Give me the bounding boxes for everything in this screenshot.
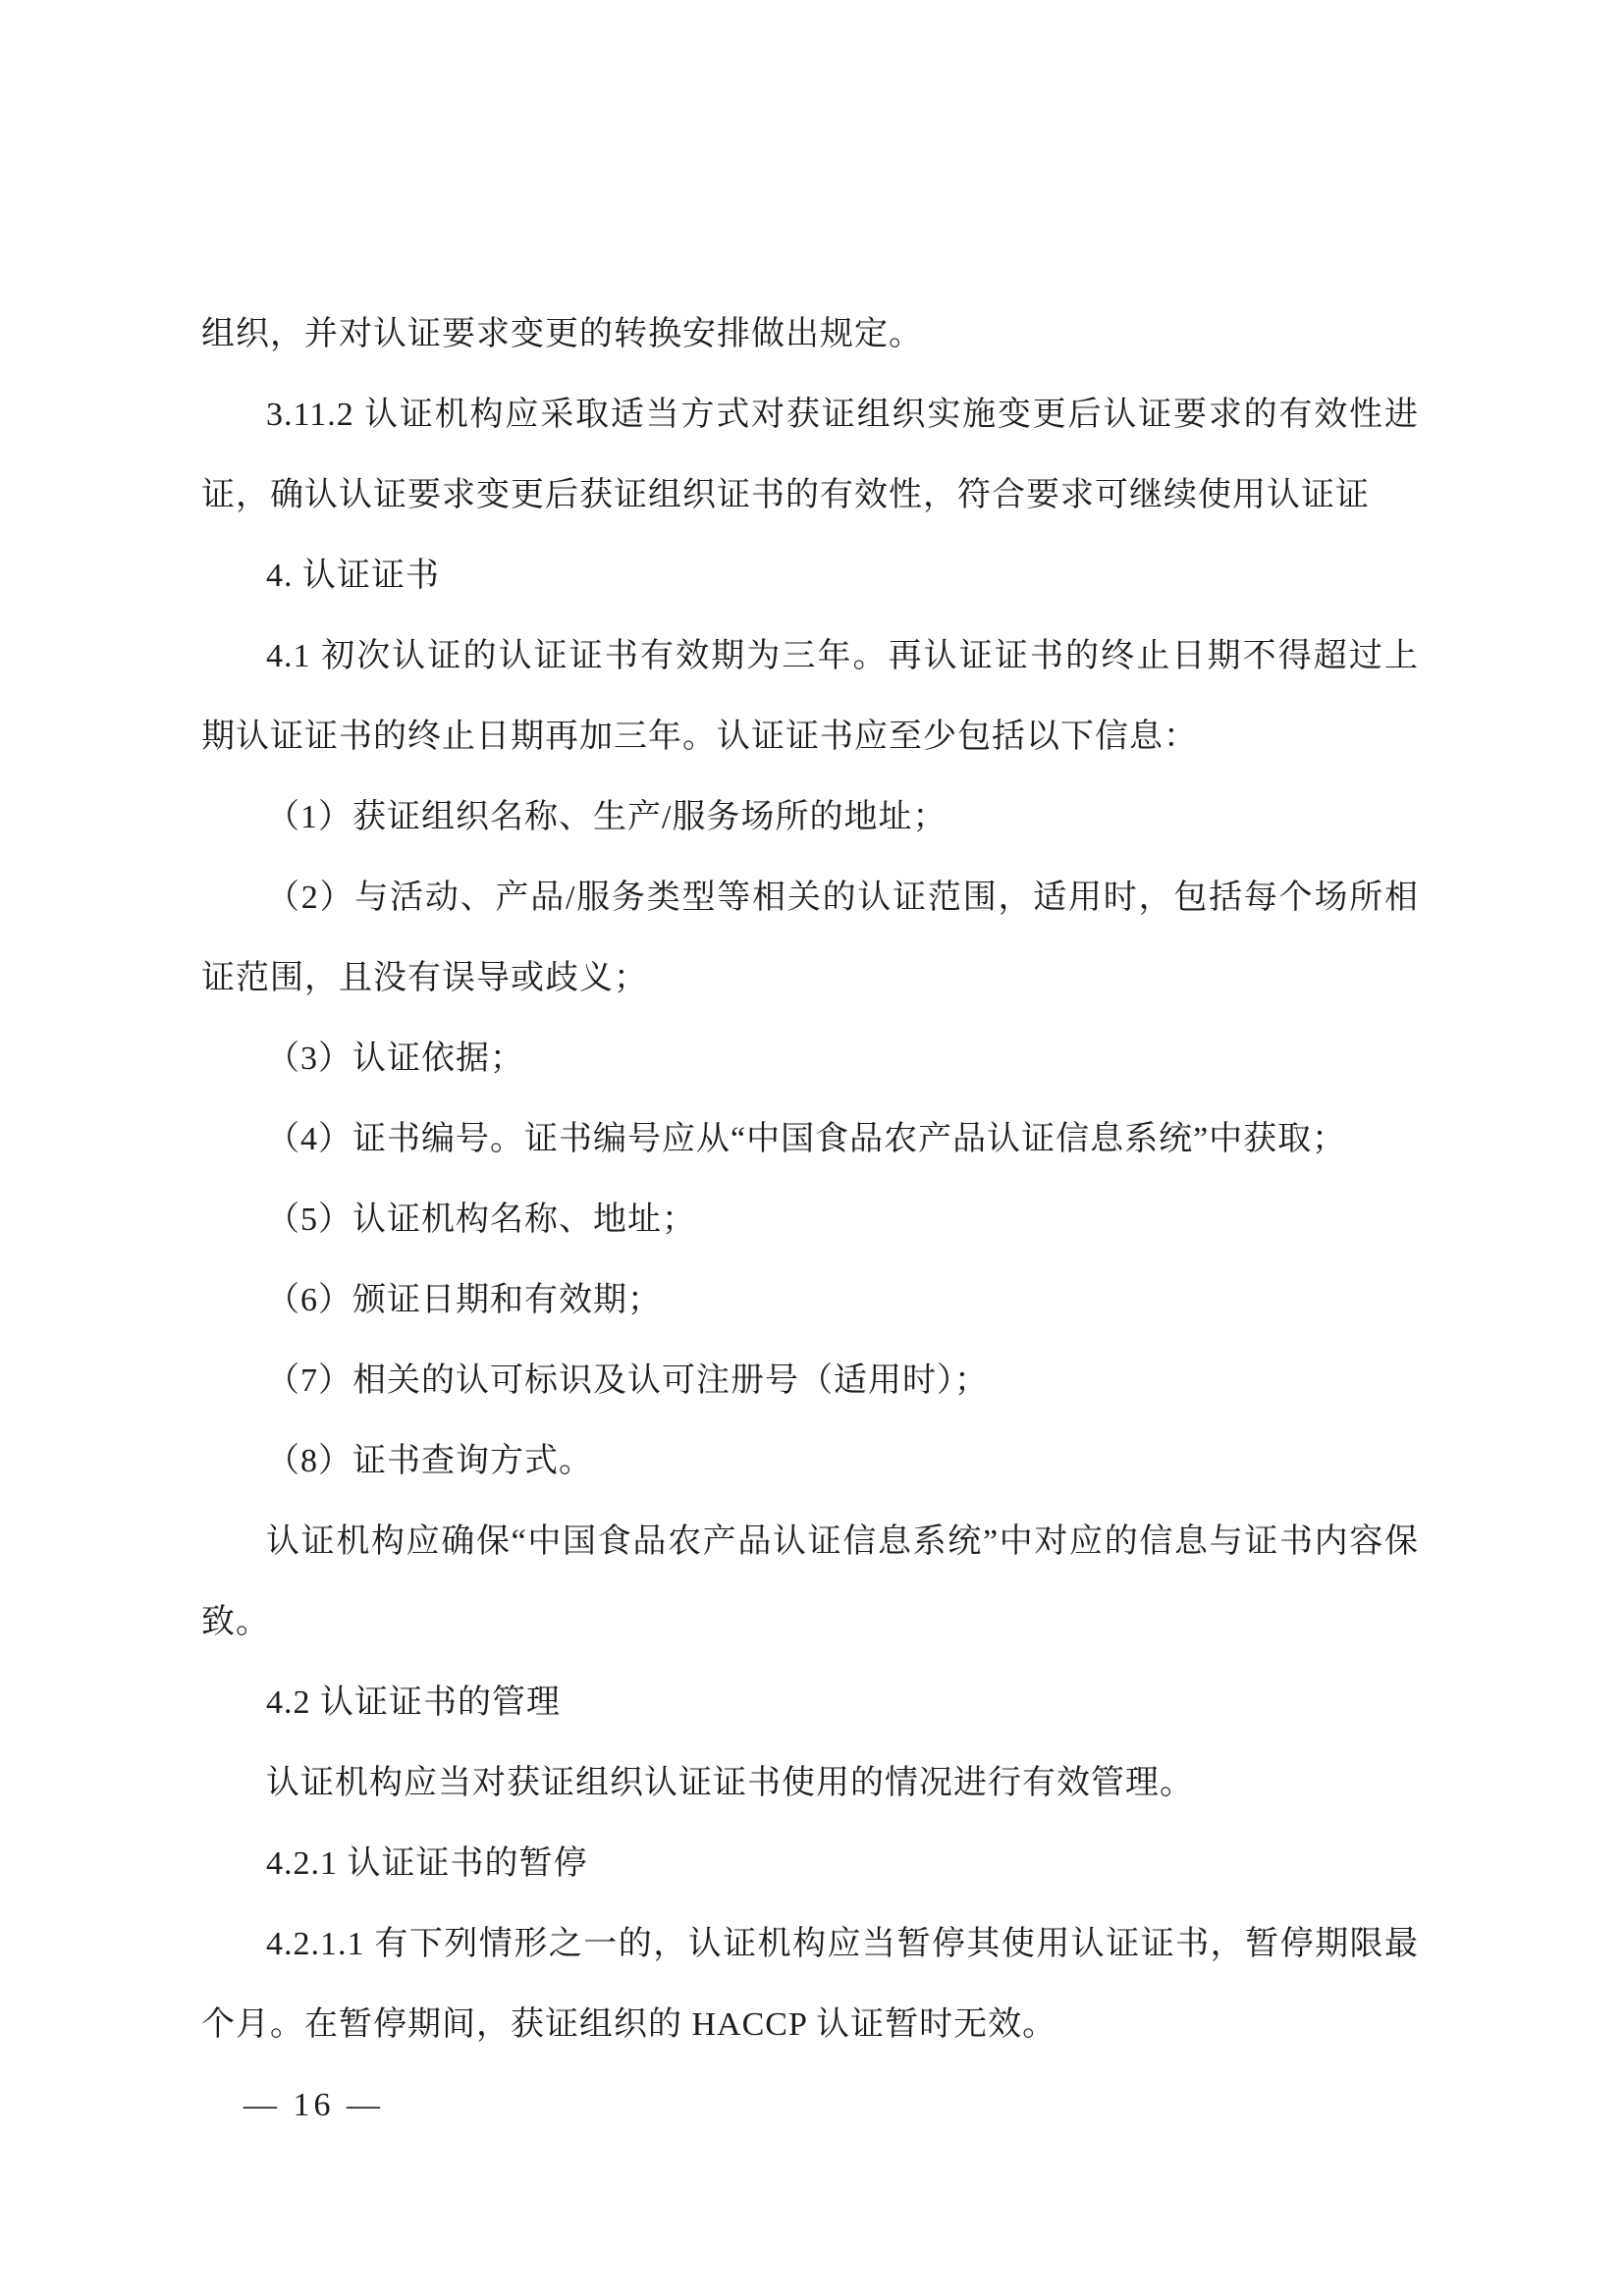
section-heading: 4.2.1 认证证书的暂停: [201, 1824, 1419, 1904]
text-line: 期认证证书的终止日期再加三年。认证证书应至少包括以下信息：: [201, 697, 1419, 777]
document-page: 组织，并对认证要求变更的转换安排做出规定。 3.11.2 认证机构应采取适当方式…: [0, 0, 1624, 2296]
text-line: 个月。在暂停期间，获证组织的 HACCP 认证暂时无效。: [201, 1985, 1419, 2065]
list-item: （6）颁证日期和有效期；: [201, 1260, 1419, 1341]
section-heading: 4.2 认证证书的管理: [201, 1663, 1419, 1743]
text-line: 3.11.2 认证机构应采取适当方式对获证组织实施变更后认证要求的有效性进行验: [201, 375, 1419, 455]
text-line: 证范围，且没有误导或歧义；: [201, 938, 1419, 1019]
text-line: 证，确认认证要求变更后获证组织证书的有效性，符合要求可继续使用认证证书。: [201, 455, 1419, 536]
list-item: （2）与活动、产品/服务类型等相关的认证范围，适用时，包括每个场所相应的认: [201, 858, 1419, 938]
list-item: （3）认证依据；: [201, 1019, 1419, 1099]
text-line: 组织，并对认证要求变更的转换安排做出规定。: [201, 294, 1419, 375]
text-line: 致。: [201, 1582, 1419, 1663]
list-item: （7）相关的认可标识及认可注册号（适用时）；: [201, 1341, 1419, 1421]
text-line: 4.2.1.1 有下列情形之一的，认证机构应当暂停其使用认证证书，暂停期限最长为…: [201, 1904, 1419, 1985]
text-line: 4.1 初次认证的认证证书有效期为三年。再认证证书的终止日期不得超过上一认证周: [201, 616, 1419, 697]
list-item: （5）认证机构名称、地址；: [201, 1180, 1419, 1260]
document-text-block: 组织，并对认证要求变更的转换安排做出规定。 3.11.2 认证机构应采取适当方式…: [201, 294, 1419, 2065]
page-number: — 16 —: [244, 2081, 384, 2130]
text-line: 认证机构应确保“中国食品农产品认证信息系统”中对应的信息与证书内容保持一: [201, 1502, 1419, 1582]
list-item: （4）证书编号。证书编号应从“中国食品农产品认证信息系统”中获取；: [201, 1099, 1419, 1180]
list-item: （8）证书查询方式。: [201, 1421, 1419, 1502]
text-line: 认证机构应当对获证组织认证证书使用的情况进行有效管理。: [201, 1743, 1419, 1824]
section-heading: 4. 认证证书: [201, 536, 1419, 616]
list-item: （1）获证组织名称、生产/服务场所的地址；: [201, 777, 1419, 858]
